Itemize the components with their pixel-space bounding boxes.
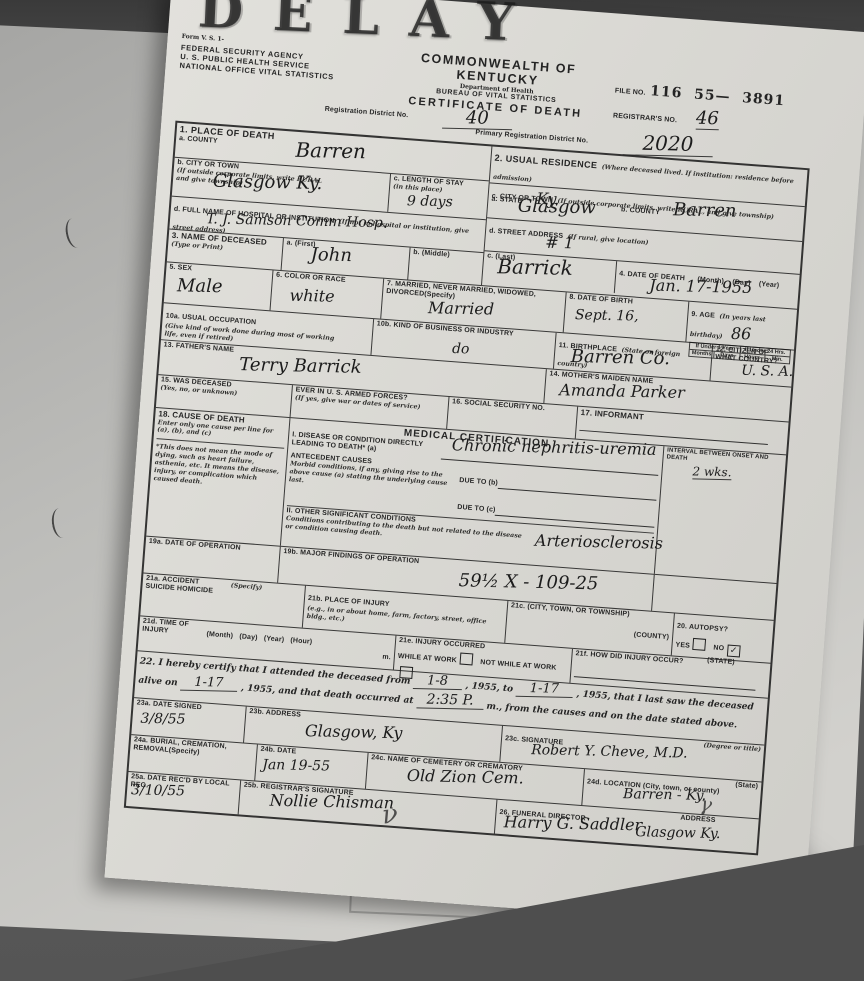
certify-from-value: 1-8 bbox=[413, 673, 462, 690]
residence-note: (Where deceased lived. If institution: r… bbox=[493, 164, 794, 185]
length-of-stay-field: c. LENGTH OF STAY (in this place) 9 days bbox=[387, 174, 489, 219]
autopsy-no-label: NO bbox=[713, 644, 724, 652]
file-no-label: FILE NO. bbox=[615, 88, 646, 97]
due-to-c-label: DUE TO (c) bbox=[457, 504, 496, 515]
reg-district-value: 40 bbox=[442, 107, 512, 131]
middle-name-field: b. (Middle) bbox=[407, 248, 483, 285]
age-value: 86 bbox=[731, 324, 752, 343]
age-field: 9. AGE (In years last birthday) 86 If Un… bbox=[685, 302, 797, 350]
interval-field: INTERVAL BETWEEN ONSET AND DEATH 2 wks. bbox=[654, 446, 786, 583]
autopsy-field: 20. AUTOPSY? YES NO✓ (STATE) bbox=[671, 613, 774, 662]
accident-label: 21a. ACCIDENT SUICIDE HOMICIDE bbox=[145, 575, 226, 598]
sex-field: 5. SEX Male bbox=[164, 262, 273, 310]
last-name-value: Barrick bbox=[497, 254, 573, 280]
res-city-value: Glasgow bbox=[518, 196, 596, 219]
business-value: do bbox=[452, 341, 470, 357]
interval-value: 2 wks. bbox=[692, 464, 731, 480]
father-value: Terry Barrick bbox=[239, 354, 362, 378]
first-name-value: John bbox=[310, 244, 352, 266]
cemetery-value: Old Zion Cem. bbox=[407, 766, 524, 788]
mother-value: Amanda Parker bbox=[559, 380, 685, 402]
date-received-value: 3/10/55 bbox=[131, 782, 185, 799]
age-label: 9. AGE bbox=[691, 311, 715, 320]
city-value: Glasgow Ky. bbox=[213, 171, 323, 194]
disease-value: Chronic nephritis-uremia bbox=[452, 435, 657, 459]
institution-value: T. J. Samson Comm Hosp. bbox=[206, 211, 388, 231]
certify-hour-value: 2:35 P. bbox=[416, 691, 483, 710]
dob-value: Sept. 16, bbox=[575, 307, 639, 324]
primary-district-value: 2020 bbox=[623, 130, 714, 157]
operation-findings-value: 59½ X - 109-25 bbox=[458, 570, 598, 594]
sex-value: Male bbox=[177, 275, 223, 297]
fd-address-value: Glasgow Ky. bbox=[635, 824, 720, 842]
accident-note: (Specify) bbox=[230, 582, 262, 592]
marital-value: Married bbox=[428, 298, 494, 318]
location-state-label: (State) bbox=[735, 782, 758, 792]
race-field: 6. COLOR OR RACE white bbox=[270, 270, 384, 318]
location-value: Barren - Ky. bbox=[623, 786, 706, 804]
while-at-work-checkbox bbox=[460, 653, 474, 666]
cause-note2: *This does not mean the mode of dying, s… bbox=[153, 443, 284, 492]
registrar-no-value: 46 bbox=[695, 108, 718, 131]
certificate-paper: Form V. S. 1- FEDERAL SECURITY AGENCY U.… bbox=[105, 0, 864, 930]
autopsy-yes-label: YES bbox=[675, 642, 690, 650]
other-conditions-value: Arteriosclerosis bbox=[535, 531, 663, 553]
street-value: # 1 bbox=[545, 233, 574, 253]
certify-p4: , 1955, and that death occurred at bbox=[241, 683, 414, 706]
stay-value: 9 days bbox=[407, 193, 453, 210]
registrar-no-label: REGISTRAR'S NO. bbox=[613, 112, 678, 124]
fd-address-label: ADDRESS bbox=[680, 814, 716, 825]
cause-of-death-notes: 18. CAUSE OF DEATH Enter only one cause … bbox=[146, 408, 289, 546]
date-signed-value: 3/8/55 bbox=[140, 711, 185, 728]
street-note: (If rural, give location) bbox=[567, 233, 648, 246]
funeral-director-value: Harry G. Saddler bbox=[504, 812, 643, 834]
registrar-signature-value: Nollie Chisman bbox=[269, 791, 394, 813]
while-at-work-label: WHILE AT WORK bbox=[398, 653, 457, 664]
reg-district-label: Registration District No. bbox=[324, 106, 408, 121]
county-value: Barren bbox=[295, 138, 366, 164]
certify-to-value: 1-17 bbox=[516, 681, 574, 698]
date-of-death-value: Jan. 17-1955 bbox=[649, 276, 752, 297]
address-value: Glasgow, Ky bbox=[305, 721, 403, 742]
race-value: white bbox=[289, 286, 334, 306]
residence-title: 2. USUAL RESIDENCE bbox=[494, 153, 598, 171]
injury-time-label: 21d. TIME OF INJURY bbox=[142, 618, 203, 639]
stray-ink-mark: ν bbox=[380, 799, 399, 830]
signature-value: Robert Y. Cheve, M.D. bbox=[531, 742, 688, 762]
injury-county-label: (COUNTY) bbox=[509, 623, 669, 643]
certify-alive-value: 1-17 bbox=[181, 675, 239, 692]
date-received-field: 25a. DATE REC'D BY LOCAL REG. 3/10/55 bbox=[126, 772, 240, 814]
autopsy-no-checkbox: ✓ bbox=[727, 645, 741, 658]
not-while-at-work-label: NOT WHILE AT WORK bbox=[480, 659, 557, 672]
autopsy-label: 20. AUTOPSY? bbox=[677, 623, 729, 634]
degree-label: (Degree or title) bbox=[703, 742, 761, 754]
autopsy-yes-checkbox bbox=[693, 638, 707, 651]
due-to-b-label: DUE TO (b) bbox=[459, 477, 498, 488]
birthplace-value: Barren Co. bbox=[571, 346, 671, 369]
citizen-value: U. S. A. bbox=[741, 363, 793, 380]
burial-date-value: Jan 19-55 bbox=[262, 757, 330, 775]
citizen-field: 12. CITIZEN OF WHAT COUNTRY? U. S. A. bbox=[709, 345, 793, 387]
